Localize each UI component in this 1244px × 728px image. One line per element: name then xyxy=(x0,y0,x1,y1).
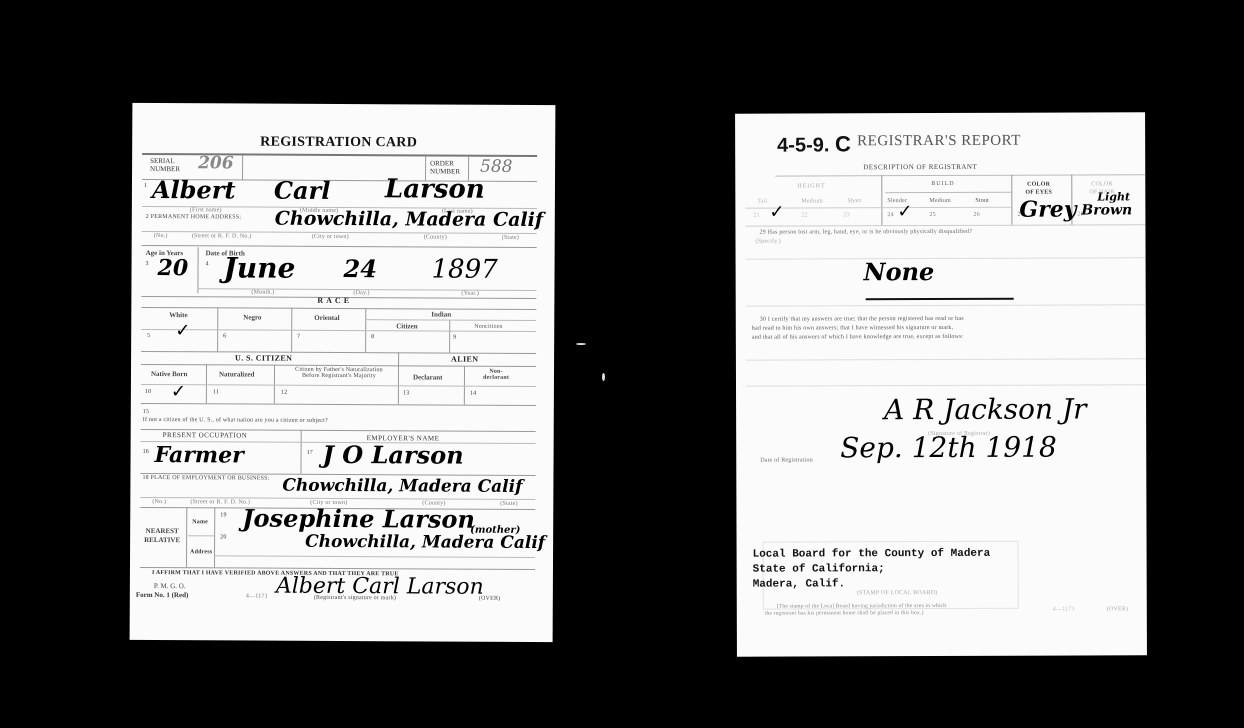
over-label: (OVER) xyxy=(479,596,501,602)
height-tall-checkmark: ✓ xyxy=(769,202,784,223)
build-header: BUILD xyxy=(931,181,954,187)
sublabel: (Month.) xyxy=(251,290,274,296)
form-number: Form No. 1 (Red) xyxy=(136,591,189,599)
field-number: 13 xyxy=(403,390,409,396)
field-number: 19 xyxy=(220,512,226,518)
sublabel: (Day.) xyxy=(353,290,369,296)
height-short-label: Short xyxy=(847,198,861,204)
signature-sublabel: (Registrant's signature or mark) xyxy=(314,595,396,601)
q29-sublabel: (Specify.) xyxy=(755,239,780,245)
divider xyxy=(746,358,1146,360)
divider xyxy=(197,247,198,293)
dob-day: 24 xyxy=(343,254,377,283)
divider xyxy=(141,307,536,310)
divider xyxy=(746,257,1146,259)
sublabel: (No.) xyxy=(152,499,166,505)
divider xyxy=(141,351,536,354)
field-number: 1 xyxy=(144,183,147,189)
form-id: P. M. G. O. xyxy=(154,582,186,590)
build-slender-checkmark: ✓ xyxy=(897,201,912,222)
divider xyxy=(141,384,536,387)
place-of-employment-value: Chowchilla, Madera Calif xyxy=(282,476,522,497)
over-label: (OVER) xyxy=(1107,606,1129,612)
field-number: 14 xyxy=(470,391,476,397)
form-code: 4—1171 xyxy=(246,593,268,599)
field-number: 17 xyxy=(307,450,313,456)
registrant-first-name: Albert xyxy=(152,175,236,204)
registrar-signature: A R Jackson Jr xyxy=(884,392,1087,426)
field-number: 10 xyxy=(145,389,151,395)
build-medium-label: Medium xyxy=(929,198,951,204)
dob-year: 1897 xyxy=(431,254,497,284)
q29-question: 29 Has person lost arm, leg, hand, eye, … xyxy=(759,229,972,236)
us-citizen-header: U. S. CITIZEN xyxy=(235,353,292,362)
height-tall-label: Tall xyxy=(757,199,767,205)
relative-name-value: Josephine Larson xyxy=(242,503,475,533)
registrar-report-back: 4-5-9. C REGISTRAR'S REPORT DESCRIPTION … xyxy=(735,112,1147,656)
field-number: 16 xyxy=(143,449,149,455)
date-of-registration-value: Sep. 12th 1918 xyxy=(840,431,1057,465)
divider xyxy=(242,155,243,179)
hair-color-value-line-2: Brown xyxy=(1081,202,1132,218)
place-of-employment-label: 18 PLACE OF EMPLOYMENT OR BUSINESS: xyxy=(142,475,269,482)
divider xyxy=(1011,175,1012,225)
field-number: 22 xyxy=(801,212,807,218)
q29-answer: None xyxy=(864,257,935,286)
field-number: 6 xyxy=(223,333,226,339)
serial-number-value: 206 xyxy=(198,153,234,173)
divider xyxy=(186,507,187,567)
field-number: 8 xyxy=(371,334,374,340)
sublabel: (State) xyxy=(500,501,517,507)
divider xyxy=(881,175,882,225)
dob-month: June xyxy=(223,251,295,284)
divider xyxy=(365,319,536,321)
form-code: 4—1171 xyxy=(1053,607,1075,613)
q30-text-line-3: and that all of his answers of which I h… xyxy=(752,334,964,341)
underline xyxy=(866,298,1014,301)
field-number: 3 xyxy=(146,261,149,267)
height-header: HEIGHT xyxy=(797,183,825,189)
registrant-middle-name: Carl xyxy=(274,176,331,205)
race-indian-citizen-label: Citizen xyxy=(396,322,417,330)
order-number-label: ORDERNUMBER xyxy=(430,159,460,175)
declarant-label: Declarant xyxy=(413,373,443,381)
field-number: 25 xyxy=(929,212,935,218)
relative-address-value: Chowchilla, Madera Calif xyxy=(305,532,545,553)
divider xyxy=(745,224,1145,226)
card-title: REGISTRATION CARD xyxy=(260,135,417,152)
field-number: 11 xyxy=(213,389,219,395)
occupation-header: PRESENT OCCUPATION xyxy=(163,431,248,439)
field-number: 5 xyxy=(147,333,150,339)
naturalized-label: Naturalized xyxy=(219,370,254,378)
serial-number-label: SERIALNUMBER xyxy=(150,157,180,173)
native-born-checkmark: ✓ xyxy=(171,381,186,402)
sublabel: (Year.) xyxy=(461,291,479,297)
sublabel: (State) xyxy=(502,235,519,241)
scan-artifact xyxy=(602,373,605,381)
relative-address-label: Address xyxy=(190,549,212,555)
field-number: 4 xyxy=(206,261,209,267)
sublabel: (Street or R. F. D. No.) xyxy=(190,499,250,505)
home-address-value: Chowchilla, Madera Calif xyxy=(275,208,543,231)
fathers-naturalization-label: Citizen by Father's NaturalizationBefore… xyxy=(283,367,395,380)
divider xyxy=(746,384,1146,386)
employer-name-value: J O Larson xyxy=(322,440,463,470)
divider xyxy=(775,174,1145,176)
q30-text-line-1: 30 I certify that my answers are true; t… xyxy=(760,316,964,323)
scan-artifact xyxy=(576,343,586,345)
registrar-report-title: REGISTRAR'S REPORT xyxy=(857,133,1021,151)
stamp-box-note: (The stamp of the Local Board having jur… xyxy=(777,603,947,610)
build-stout-label: Stout xyxy=(975,198,989,204)
non-declarant-label: Non-declarant xyxy=(483,369,509,381)
date-of-registration-label: Date of Registration xyxy=(760,457,813,463)
sublabel: (No.) xyxy=(154,233,168,239)
race-header: RACE xyxy=(317,296,352,305)
address-label: 2 PERMANENT HOME ADDRESS: xyxy=(146,214,241,220)
divider xyxy=(885,192,1011,193)
race-oriental-label: Oriental xyxy=(314,314,339,322)
race-indian-noncitizen-label: Noncitizen xyxy=(474,324,502,330)
divider xyxy=(398,352,399,404)
field-number: 23 xyxy=(843,212,849,218)
relative-name-label: Name xyxy=(192,519,208,525)
registrant-last-name: Larson xyxy=(385,174,485,205)
divider xyxy=(142,245,537,248)
divider xyxy=(449,321,450,353)
race-white-label: White xyxy=(169,311,187,319)
eye-color-value: Grey xyxy=(1019,197,1076,223)
field-number: 26 xyxy=(973,212,979,218)
eye-color-header: COLOROF EYES xyxy=(1025,181,1052,197)
divider xyxy=(214,555,535,558)
height-medium-label: Medium xyxy=(801,198,823,204)
native-born-label: Native Born xyxy=(151,370,187,378)
q15-question: If not a citizen of the U. S., of what n… xyxy=(143,417,328,424)
q30-text-line-2: had read to him his own answers; that I … xyxy=(752,325,954,332)
age-value: 20 xyxy=(157,255,188,281)
race-white-checkmark: ✓ xyxy=(175,320,190,341)
divider xyxy=(745,207,1011,209)
sublabel: (First name) xyxy=(190,207,222,213)
registration-card-front: REGISTRATION CARD SERIALNUMBER 206 ORDER… xyxy=(130,103,556,642)
occupation-value: Farmer xyxy=(154,442,243,468)
divider xyxy=(188,535,214,536)
divider xyxy=(300,430,301,474)
field-number: 21 xyxy=(753,213,759,219)
sublabel: (County) xyxy=(424,234,447,240)
field-number: 7 xyxy=(297,334,300,340)
field-number: 20 xyxy=(220,534,226,540)
description-subtitle: DESCRIPTION OF REGISTRANT xyxy=(863,163,977,171)
nearest-relative-label: NEARESTRELATIVE xyxy=(144,527,180,545)
stamp-box-label: (STAMP OF LOCAL BOARD) xyxy=(857,590,938,596)
field-number: 24 xyxy=(887,212,893,218)
field-number: 9 xyxy=(453,335,456,341)
divider xyxy=(141,403,536,406)
local-board-stamp: Local Board for the County of Madera Sta… xyxy=(753,547,991,593)
stamp-box-note: the registrant has his permanent home sh… xyxy=(765,610,924,617)
divider xyxy=(214,507,215,567)
board-stamp-number: 4-5-9. C xyxy=(777,131,851,157)
alien-header: ALIEN xyxy=(451,355,478,364)
divider xyxy=(746,304,1146,306)
field-number: 12 xyxy=(281,390,287,396)
race-negro-label: Negro xyxy=(243,313,261,321)
field-number: 15 xyxy=(143,409,149,415)
sublabel: (City or town) xyxy=(312,234,349,240)
race-indian-label: Indian xyxy=(431,310,451,318)
sublabel: (Street or R. F. D. No.) xyxy=(192,233,252,239)
